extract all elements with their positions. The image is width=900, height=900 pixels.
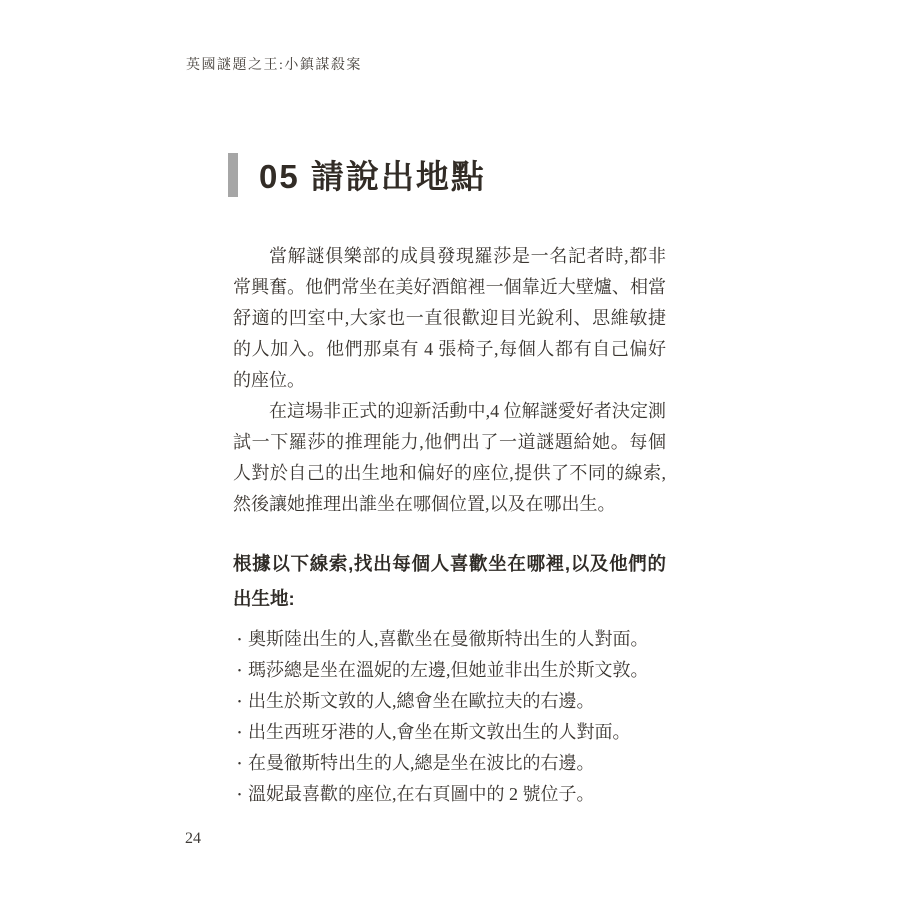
clue-item-4: ・ 出生西班牙港的人,會坐在斯文敦出生的人對面。: [233, 717, 666, 748]
clue-text: 出生西班牙港的人,會坐在斯文敦出生的人對面。: [248, 717, 666, 748]
chapter-heading: 05 請說出地點: [228, 151, 486, 198]
intro-paragraph-2: 在這場非正式的迎新活動中,4 位解謎愛好者決定測試一下羅莎的推理能力,他們出了一…: [233, 396, 666, 520]
clue-text: 在曼徹斯特出生的人,總是坐在波比的右邊。: [248, 748, 666, 779]
bullet-icon: ・: [233, 624, 248, 655]
clue-item-1: ・ 奧斯陸出生的人,喜歡坐在曼徹斯特出生的人對面。: [233, 624, 666, 655]
intro-paragraph-1: 當解謎俱樂部的成員發現羅莎是一名記者時,都非常興奮。他們常坐在美好酒館裡一個靠近…: [233, 241, 666, 396]
page-number: 24: [185, 830, 201, 848]
running-head: 英國謎題之王:小鎮謀殺案: [186, 54, 362, 74]
page-content: 當解謎俱樂部的成員發現羅莎是一名記者時,都非常興奮。他們常坐在美好酒館裡一個靠近…: [233, 241, 666, 810]
chapter-title: 05 請說出地點: [259, 151, 486, 198]
clue-item-2: ・ 瑪莎總是坐在溫妮的左邊,但她並非出生於斯文敦。: [233, 655, 666, 686]
clues-heading: 根據以下線索,找出每個人喜歡坐在哪裡,以及他們的出生地:: [233, 546, 666, 616]
clue-item-6: ・ 溫妮最喜歡的座位,在右頁圖中的 2 號位子。: [233, 779, 666, 810]
clue-text: 溫妮最喜歡的座位,在右頁圖中的 2 號位子。: [248, 779, 666, 810]
clue-item-3: ・ 出生於斯文敦的人,總會坐在歐拉夫的右邊。: [233, 686, 666, 717]
clue-item-5: ・ 在曼徹斯特出生的人,總是坐在波比的右邊。: [233, 748, 666, 779]
bullet-icon: ・: [233, 655, 248, 686]
clue-text: 奧斯陸出生的人,喜歡坐在曼徹斯特出生的人對面。: [248, 624, 666, 655]
clue-list: ・ 奧斯陸出生的人,喜歡坐在曼徹斯特出生的人對面。 ・ 瑪莎總是坐在溫妮的左邊,…: [233, 624, 666, 810]
clue-text: 瑪莎總是坐在溫妮的左邊,但她並非出生於斯文敦。: [248, 655, 666, 686]
bullet-icon: ・: [233, 779, 248, 810]
book-page: 英國謎題之王:小鎮謀殺案 05 請說出地點 當解謎俱樂部的成員發現羅莎是一名記者…: [0, 0, 900, 900]
chapter-accent-bar: [228, 153, 238, 197]
clue-text: 出生於斯文敦的人,總會坐在歐拉夫的右邊。: [248, 686, 666, 717]
bullet-icon: ・: [233, 686, 248, 717]
bullet-icon: ・: [233, 748, 248, 779]
bullet-icon: ・: [233, 717, 248, 748]
